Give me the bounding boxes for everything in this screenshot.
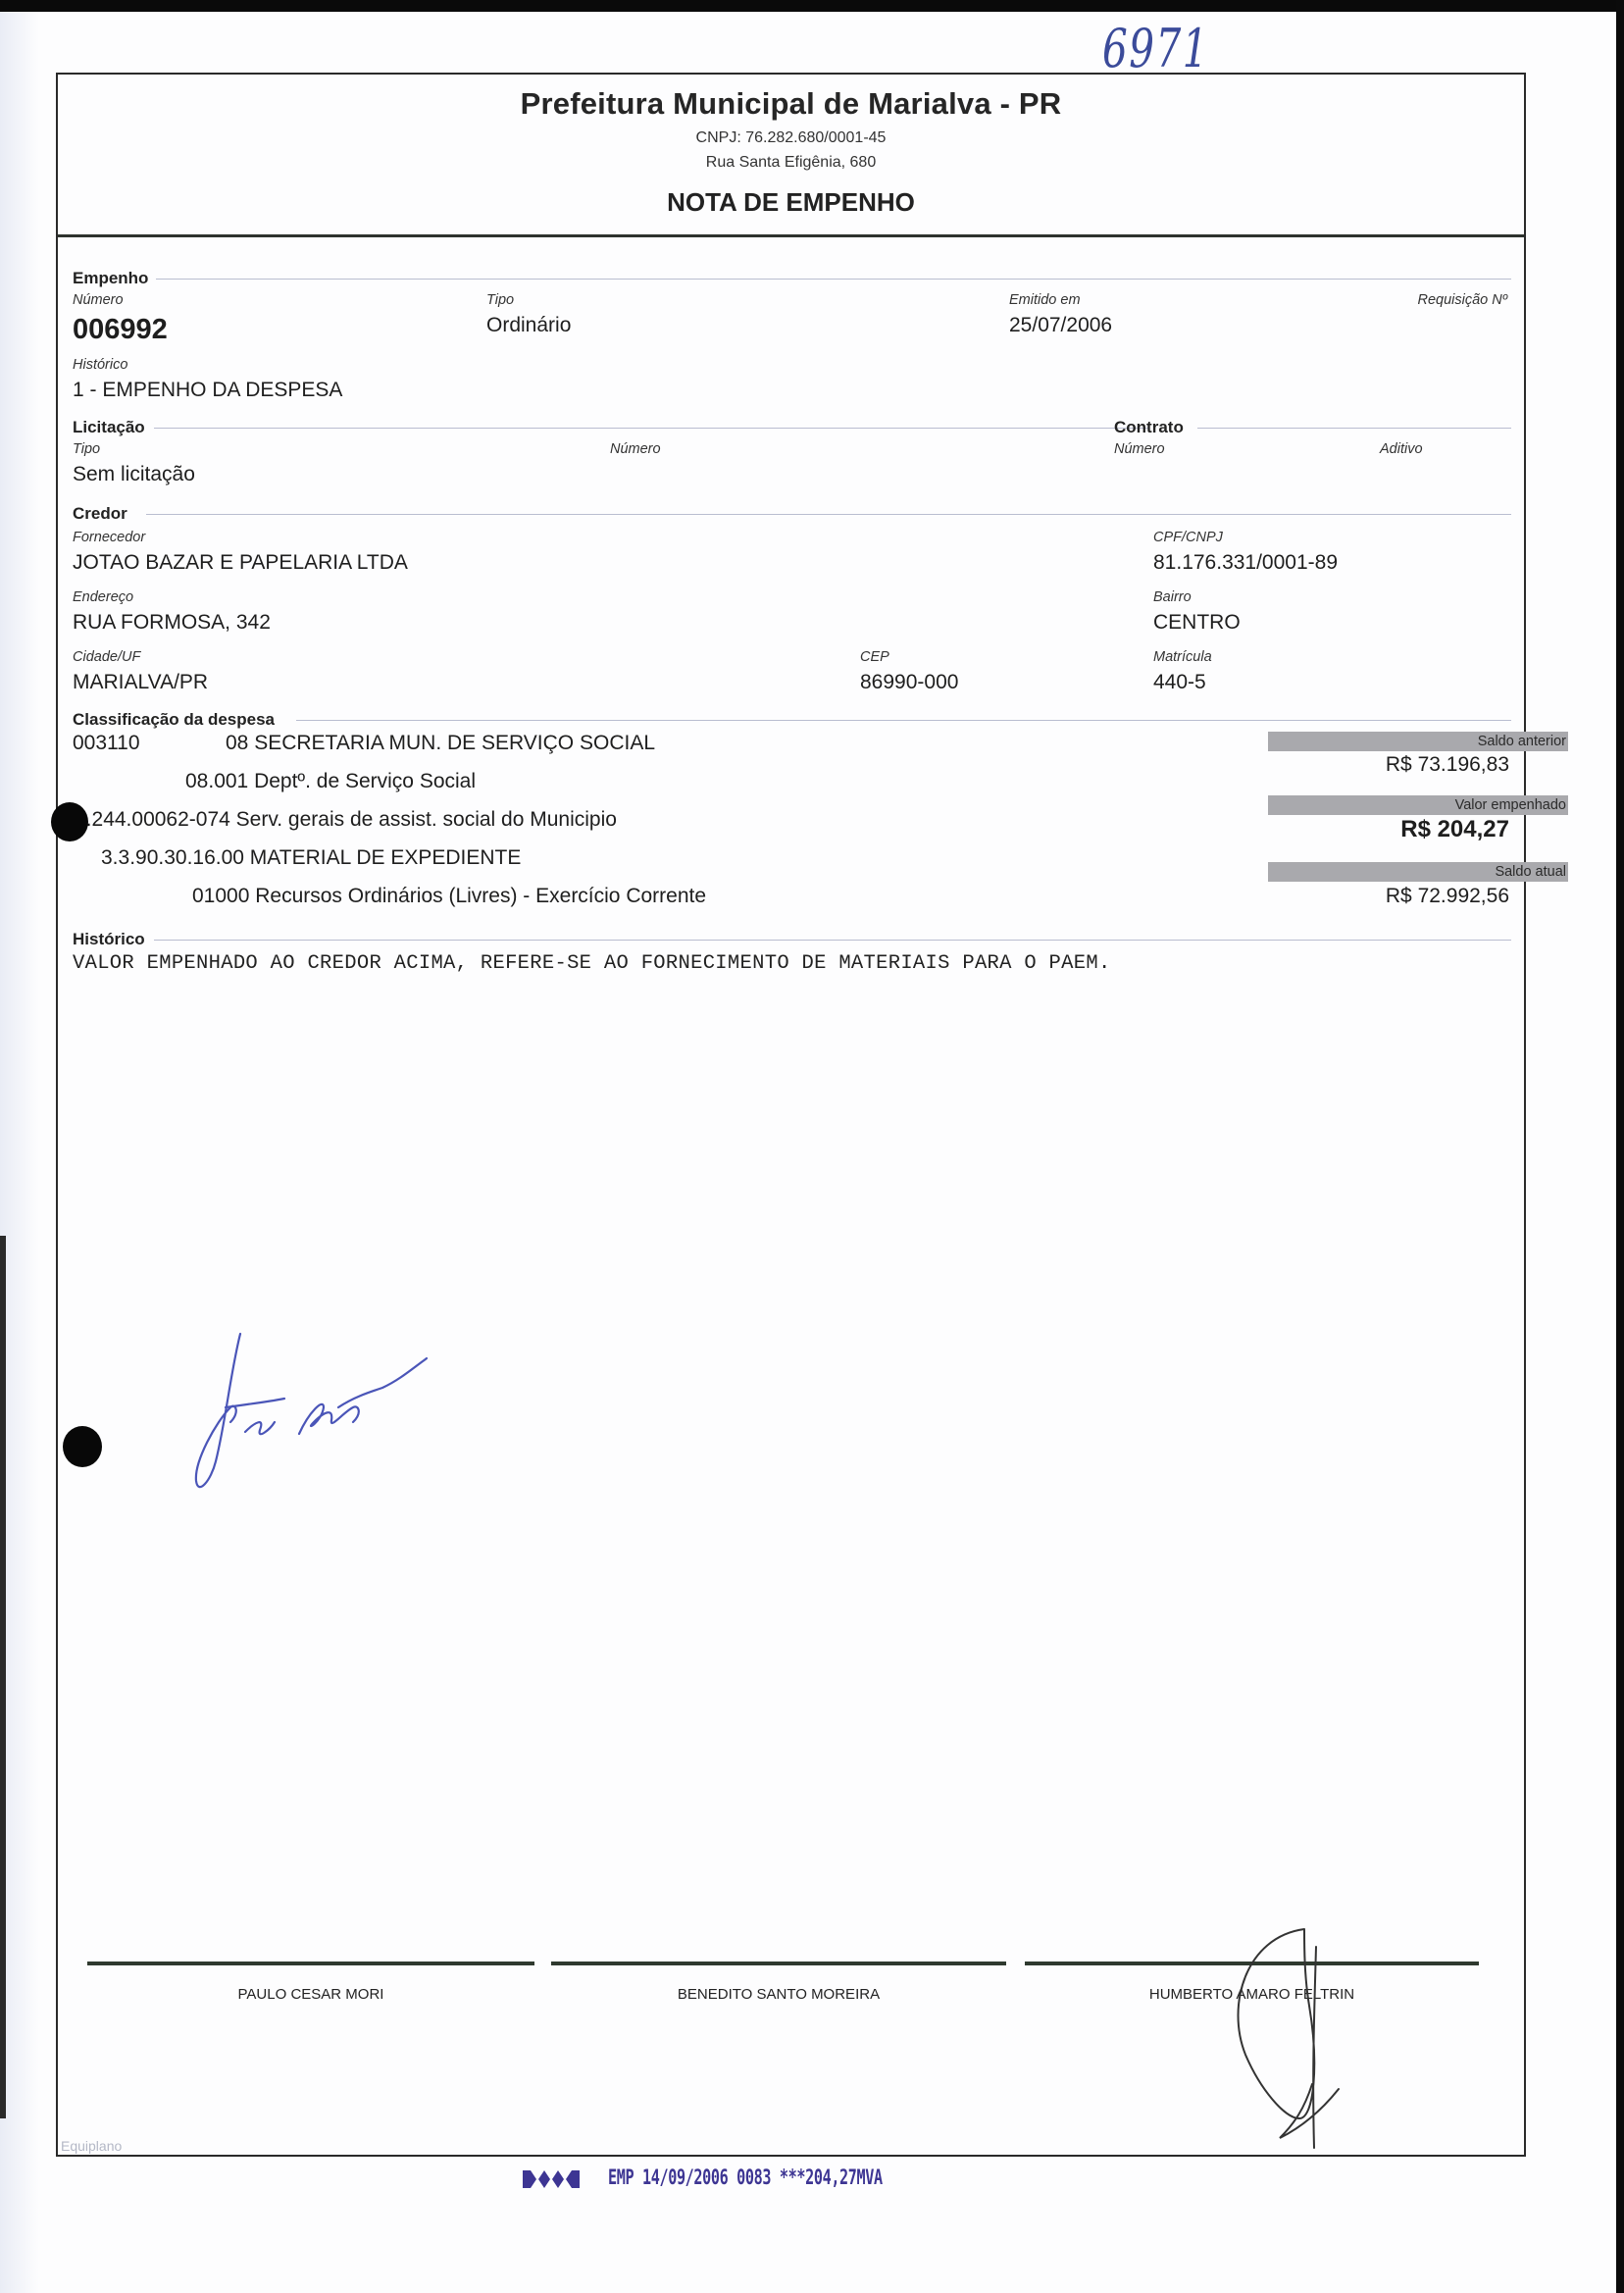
scan-edge-left <box>0 1236 6 2118</box>
matricula-value: 440-5 <box>1153 671 1206 694</box>
software-brand: Equiplano <box>61 2138 122 2154</box>
cpf-value: 81.176.331/0001-89 <box>1153 551 1338 575</box>
classificacao-line: 08 SECRETARIA MUN. DE SERVIÇO SOCIAL <box>226 732 655 755</box>
cidade-value: MARIALVA/PR <box>73 671 208 694</box>
saldo-anterior-value: R$ 73.196,83 <box>1386 753 1509 777</box>
tipo-value: Ordinário <box>486 314 571 337</box>
cep-label: CEP <box>860 649 889 665</box>
cpf-label: CPF/CNPJ <box>1153 530 1223 545</box>
scan-shadow <box>0 12 39 2293</box>
licitacao-tipo-label: Tipo <box>73 441 100 457</box>
scan-edge-top <box>0 0 1624 12</box>
valor-empenhado-value: R$ 204,27 <box>1400 816 1509 843</box>
classificacao-line: 3.3.90.30.16.00 MATERIAL DE EXPEDIENTE <box>101 846 521 870</box>
signatory-name: PAULO CESAR MORI <box>87 1986 534 2003</box>
signature-line <box>551 1962 1006 1965</box>
licitacao-numero-label: Número <box>610 441 661 457</box>
licitacao-tipo-value: Sem licitação <box>73 463 195 486</box>
contrato-aditivo-label: Aditivo <box>1380 441 1423 457</box>
historico-label: Histórico <box>73 357 127 373</box>
bank-authentication-stamp: EMP 14/09/2006 0083 ***204,27MVA <box>608 2166 883 2189</box>
section-rule <box>296 720 1511 721</box>
document-header: Prefeitura Municipal de Marialva - PR CN… <box>58 75 1524 237</box>
section-empenho: Empenho <box>73 269 148 288</box>
endereco-label: Endereço <box>73 589 133 605</box>
fornecedor-value: JOTAO BAZAR E PAPELARIA LTDA <box>73 551 408 575</box>
scan-edge-right <box>1616 0 1624 2293</box>
saldo-atual-value: R$ 72.992,56 <box>1386 885 1509 908</box>
classificacao-line: 01000 Recursos Ordinários (Livres) - Exe… <box>192 885 706 908</box>
endereco-value: RUA FORMOSA, 342 <box>73 611 271 635</box>
emitido-label: Emitido em <box>1009 292 1081 308</box>
bank-logo-icon <box>523 2168 582 2190</box>
classificacao-line: 3.244.00062-074 Serv. gerais de assist. … <box>75 808 617 832</box>
emitido-value: 25/07/2006 <box>1009 314 1112 337</box>
org-address: Rua Santa Efigênia, 680 <box>58 154 1524 172</box>
requisicao-label: Requisição Nº <box>1417 292 1507 308</box>
section-rule <box>1197 428 1511 429</box>
classificacao-line: 08.001 Deptº. de Serviço Social <box>185 770 476 793</box>
signatory-name: BENEDITO SANTO MOREIRA <box>551 1986 1006 2003</box>
document-title: NOTA DE EMPENHO <box>58 187 1524 218</box>
tipo-label: Tipo <box>486 292 514 308</box>
section-rule <box>146 514 1511 515</box>
classificacao-code: 003110 <box>73 732 140 755</box>
saldo-anterior-label: Saldo anterior <box>1268 732 1568 751</box>
section-rule <box>154 940 1511 941</box>
matricula-label: Matrícula <box>1153 649 1212 665</box>
handwritten-signature-icon <box>186 1314 461 1510</box>
handwritten-signature-icon <box>1206 1917 1402 2153</box>
section-credor: Credor <box>73 504 127 524</box>
bairro-label: Bairro <box>1153 589 1192 605</box>
contrato-numero-label: Número <box>1114 441 1165 457</box>
numero-label: Número <box>73 292 124 308</box>
punch-hole <box>63 1426 102 1467</box>
historico-text: VALOR EMPENHADO AO CREDOR ACIMA, REFERE-… <box>73 952 1111 975</box>
section-rule <box>154 428 1148 429</box>
cep-value: 86990-000 <box>860 671 958 694</box>
empenho-number: 006992 <box>73 314 168 346</box>
fornecedor-label: Fornecedor <box>73 530 145 545</box>
document-frame: Prefeitura Municipal de Marialva - PR CN… <box>56 73 1526 2157</box>
section-classificacao: Classificação da despesa <box>73 710 275 730</box>
punch-hole <box>51 802 88 841</box>
bairro-value: CENTRO <box>1153 611 1241 635</box>
section-licitacao: Licitação <box>73 418 145 437</box>
handwritten-page-number: 6971 <box>1102 18 1209 79</box>
valor-empenhado-label: Valor empenhado <box>1268 795 1568 815</box>
org-title: Prefeitura Municipal de Marialva - PR <box>58 86 1524 122</box>
section-historico: Histórico <box>73 930 145 949</box>
cidade-label: Cidade/UF <box>73 649 140 665</box>
org-cnpj: CNPJ: 76.282.680/0001-45 <box>58 129 1524 147</box>
saldo-atual-label: Saldo atual <box>1268 862 1568 882</box>
signature-line <box>87 1962 534 1965</box>
section-contrato: Contrato <box>1114 418 1184 437</box>
historico-value: 1 - EMPENHO DA DESPESA <box>73 379 342 402</box>
section-rule <box>156 279 1511 280</box>
